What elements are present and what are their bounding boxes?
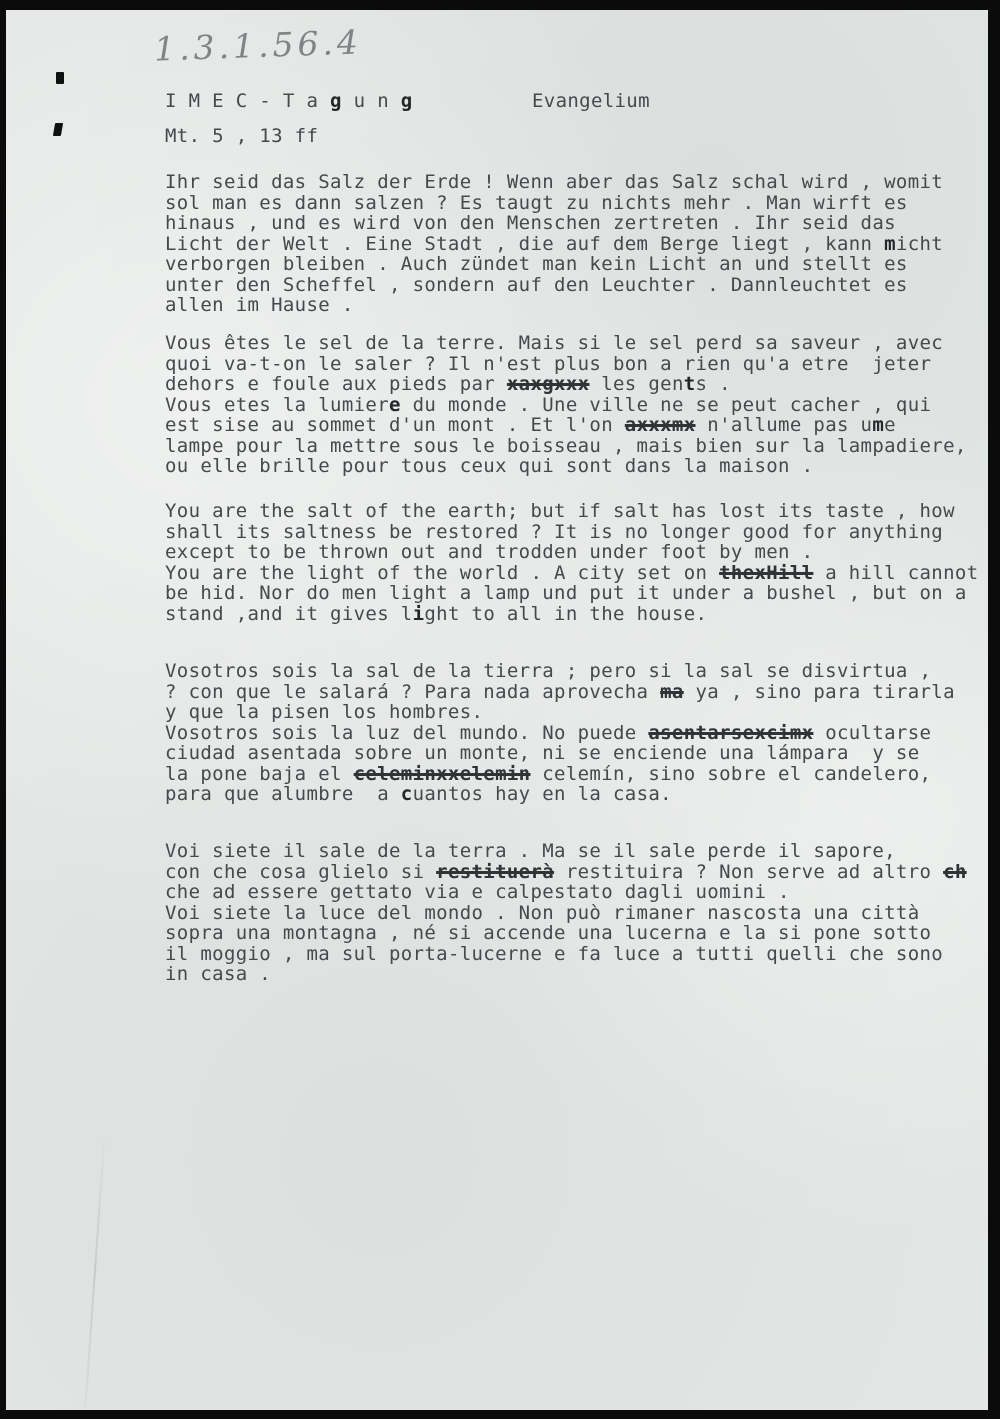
typed-text: sol man es dann salzen ? Es taugt zu nic… bbox=[165, 192, 908, 214]
typed-text: Vous êtes le sel de la terre. Mais si le… bbox=[165, 332, 943, 354]
typed-line: Vosotros sois la luz del mundo. No puede… bbox=[165, 723, 955, 744]
punch-mark-bottom bbox=[53, 123, 63, 136]
typed-text: a hill cannot bbox=[813, 562, 978, 584]
typed-text: icht bbox=[896, 233, 943, 255]
overtyped-character: m bbox=[884, 233, 896, 255]
punch-mark-top bbox=[56, 72, 64, 84]
typed-text: You are the salt of the earth; but if sa… bbox=[165, 500, 955, 522]
typed-line: para que alumbre a cuantos hay en la cas… bbox=[165, 784, 955, 805]
typed-text: Vosotros sois la luz del mundo. No puede bbox=[165, 722, 648, 744]
typed-text: ocultarse bbox=[813, 722, 931, 744]
typed-line: verborgen bleiben . Auch zündet man kein… bbox=[165, 254, 943, 275]
typed-line: y que la pisen los hombres. bbox=[165, 702, 955, 723]
overtyped-character: c bbox=[401, 783, 413, 805]
typed-line: allen im Hause . bbox=[165, 295, 943, 316]
typed-text: Voi siete il sale de la terra . Ma se il… bbox=[165, 840, 896, 862]
typed-text: ? con que le salará ? Para nada aprovech… bbox=[165, 681, 660, 703]
typed-line: stand ,and it gives light to all in the … bbox=[165, 604, 978, 625]
typed-line: Voi siete la luce del mondo . Non può ri… bbox=[165, 903, 967, 924]
typed-text: verborgen bleiben . Auch zündet man kein… bbox=[165, 253, 908, 275]
typed-text: celemín, sino sobre el candelero, bbox=[530, 763, 931, 785]
typed-line: ? con que le salará ? Para nada aprovech… bbox=[165, 682, 955, 703]
typed-text: lampe pour la mettre sous le boisseau , … bbox=[165, 435, 967, 457]
typed-line: Voi siete il sale de la terra . Ma se il… bbox=[165, 841, 967, 862]
handwritten-archive-number: 1.3.1.56.4 bbox=[153, 22, 362, 68]
page-content: 1.3.1.56.4 I M E C - T a g u n g Evangel… bbox=[6, 10, 988, 1410]
typed-line: ou elle brille pour tous ceux qui sont d… bbox=[165, 456, 967, 477]
typed-text: il moggio , ma sul porta-lucerne e fa lu… bbox=[165, 943, 943, 965]
typed-text: e bbox=[884, 414, 896, 436]
typed-text: est sise au sommet d'un mont . Et l'on bbox=[165, 414, 625, 436]
typed-line: est sise au sommet d'un mont . Et l'on a… bbox=[165, 415, 967, 436]
struck-overtyped-text: restituerà bbox=[436, 861, 554, 883]
typed-line: la pone baja el celeminxxelemin celemín,… bbox=[165, 764, 955, 785]
typed-text: para que alumbre a bbox=[165, 783, 401, 805]
doc-title: I M E C - T a g u n g bbox=[165, 91, 413, 112]
typed-text: shall its saltness be restored ? It is n… bbox=[165, 521, 943, 543]
struck-overtyped-text: axxxmx bbox=[625, 414, 696, 436]
typed-text: che ad essere gettato via e calpestato d… bbox=[165, 881, 790, 903]
typed-text: n'allume pas u bbox=[696, 414, 873, 436]
typed-line: sopra una montagna , né si accende una l… bbox=[165, 923, 967, 944]
typed-text: u n bbox=[342, 90, 401, 112]
typed-line: il moggio , ma sul porta-lucerne e fa lu… bbox=[165, 944, 967, 965]
typed-text: sopra una montagna , né si accende una l… bbox=[165, 922, 931, 944]
typed-text: ya , sino para tirarla bbox=[684, 681, 955, 703]
typed-line: sol man es dann salzen ? Es taugt zu nic… bbox=[165, 193, 943, 214]
typed-text: I M E C - T a bbox=[165, 90, 330, 112]
typed-line: Vous êtes le sel de la terre. Mais si le… bbox=[165, 333, 967, 354]
struck-overtyped-text: ma bbox=[660, 681, 684, 703]
typed-text: la pone baja el bbox=[165, 763, 354, 785]
typed-text: les gen bbox=[589, 373, 683, 395]
typed-text: Licht der Welt . Eine Stadt , die auf de… bbox=[165, 233, 884, 255]
scanned-document: { "colors": { "scan_frame": "#0b0b0b", "… bbox=[0, 0, 1000, 1419]
typed-text: ou elle brille pour tous ceux qui sont d… bbox=[165, 455, 813, 477]
typed-text: ght to all in the house. bbox=[424, 603, 707, 625]
typed-text: Vous etes la lumier bbox=[165, 394, 389, 416]
typed-text: You are the light of the world . A city … bbox=[165, 562, 719, 584]
doc-subtitle: Evangelium bbox=[532, 91, 650, 112]
struck-overtyped-text: thexHill bbox=[719, 562, 813, 584]
typed-text: du monde . Une ville ne se peut cacher ,… bbox=[401, 394, 932, 416]
typed-text: uantos hay en la casa. bbox=[413, 783, 672, 805]
paragraph-italian: Voi siete il sale de la terra . Ma se il… bbox=[165, 841, 967, 985]
typed-text: dehors e foule aux pieds par bbox=[165, 373, 507, 395]
typed-text: quoi va-t-on le saler ? Il n'est plus bo… bbox=[165, 353, 931, 375]
typed-text: hinaus , und es wird von den Menschen ze… bbox=[165, 212, 896, 234]
struck-overtyped-text: asentarsexcimx bbox=[648, 722, 813, 744]
typed-text: stand ,and it gives l bbox=[165, 603, 413, 625]
paragraph-english: You are the salt of the earth; but if sa… bbox=[165, 501, 978, 624]
paper-crease bbox=[84, 1128, 106, 1410]
typed-text: Voi siete la luce del mondo . Non può ri… bbox=[165, 902, 920, 924]
overtyped-character: g bbox=[330, 90, 342, 112]
typed-line: You are the salt of the earth; but if sa… bbox=[165, 501, 978, 522]
typed-line: be hid. Nor do men light a lamp und put … bbox=[165, 583, 978, 604]
overtyped-character: t bbox=[684, 373, 696, 395]
typed-line: Vous etes la lumiere du monde . Une vill… bbox=[165, 395, 967, 416]
typed-line: lampe pour la mettre sous le boisseau , … bbox=[165, 436, 967, 457]
overtyped-character: i bbox=[413, 603, 425, 625]
typed-text: Vosotros sois la sal de la tierra ; pero… bbox=[165, 660, 931, 682]
paragraph-french: Vous êtes le sel de la terre. Mais si le… bbox=[165, 333, 967, 477]
typed-line: dehors e foule aux pieds par xaxgxxx les… bbox=[165, 374, 967, 395]
typed-text: unter den Scheffel , sondern auf den Leu… bbox=[165, 274, 908, 296]
typed-line: Licht der Welt . Eine Stadt , die auf de… bbox=[165, 234, 943, 255]
typed-text: be hid. Nor do men light a lamp und put … bbox=[165, 582, 967, 604]
typed-line: You are the light of the world . A city … bbox=[165, 563, 978, 584]
overtyped-character: m bbox=[872, 414, 884, 436]
overtyped-character: g bbox=[401, 90, 413, 112]
typed-line: in casa . bbox=[165, 964, 967, 985]
typed-text: ciudad asentada sobre un monte, ni se en… bbox=[165, 742, 920, 764]
typed-text: except to be thrown out and trodden unde… bbox=[165, 541, 813, 563]
typed-line: Vosotros sois la sal de la tierra ; pero… bbox=[165, 661, 955, 682]
paragraph-german: Ihr seid das Salz der Erde ! Wenn aber d… bbox=[165, 172, 943, 316]
typed-line: Ihr seid das Salz der Erde ! Wenn aber d… bbox=[165, 172, 943, 193]
typed-text: allen im Hause . bbox=[165, 294, 354, 316]
scripture-reference: Mt. 5 , 13 ff bbox=[165, 126, 318, 147]
typed-line: quoi va-t-on le saler ? Il n'est plus bo… bbox=[165, 354, 967, 375]
typed-text: Ihr seid das Salz der Erde ! Wenn aber d… bbox=[165, 171, 943, 193]
overtyped-character: e bbox=[389, 394, 401, 416]
typed-text: con che cosa glielo si bbox=[165, 861, 436, 883]
typed-line: con che cosa glielo si restituerà restit… bbox=[165, 862, 967, 883]
struck-overtyped-text: xaxgxxx bbox=[507, 373, 590, 395]
typed-line: except to be thrown out and trodden unde… bbox=[165, 542, 978, 563]
typed-text: s . bbox=[696, 373, 731, 395]
paragraph-spanish: Vosotros sois la sal de la tierra ; pero… bbox=[165, 661, 955, 805]
struck-overtyped-text: ch bbox=[943, 861, 967, 883]
typed-text: restituira ? Non serve ad altro bbox=[554, 861, 943, 883]
struck-overtyped-text: celeminxxelemin bbox=[354, 763, 531, 785]
typed-text: in casa . bbox=[165, 963, 271, 985]
typed-text: y que la pisen los hombres. bbox=[165, 701, 483, 723]
typed-line: che ad essere gettato via e calpestato d… bbox=[165, 882, 967, 903]
paper-sheet: 1.3.1.56.4 I M E C - T a g u n g Evangel… bbox=[6, 10, 988, 1410]
typed-line: ciudad asentada sobre un monte, ni se en… bbox=[165, 743, 955, 764]
typed-line: hinaus , und es wird von den Menschen ze… bbox=[165, 213, 943, 234]
typed-line: shall its saltness be restored ? It is n… bbox=[165, 522, 978, 543]
typed-line: unter den Scheffel , sondern auf den Leu… bbox=[165, 275, 943, 296]
